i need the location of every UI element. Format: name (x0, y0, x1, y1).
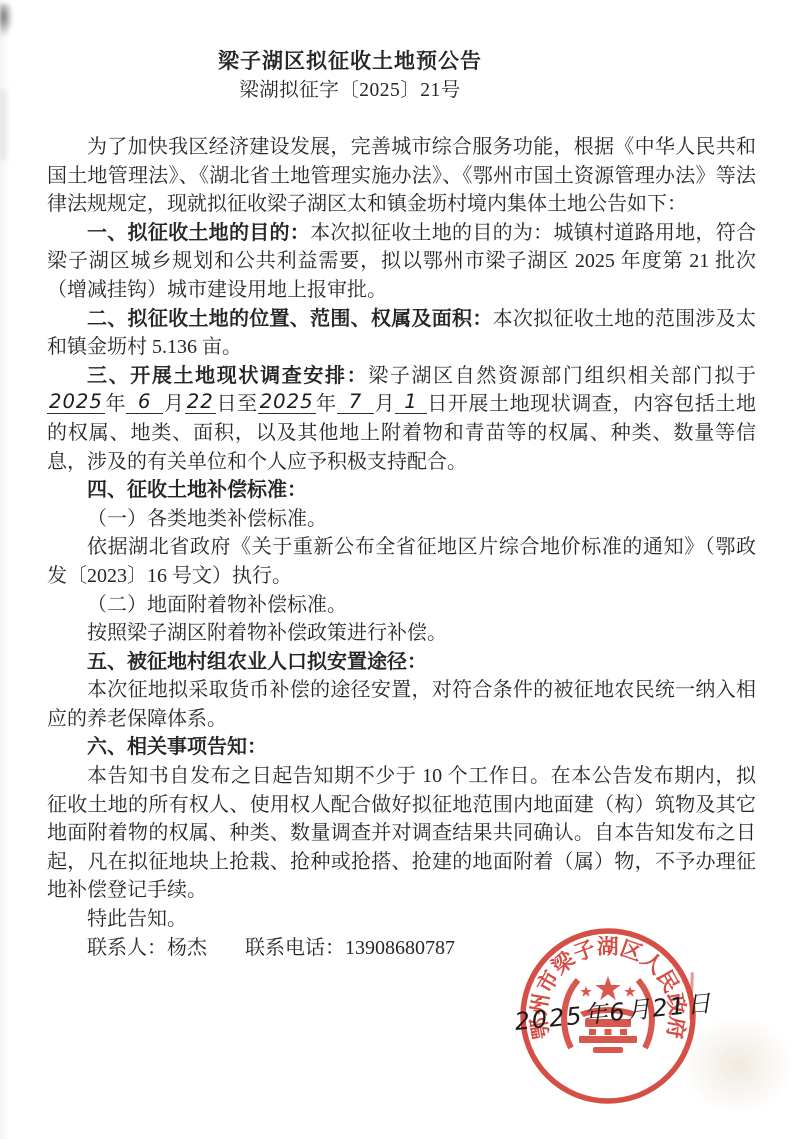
paragraph-sec5-resettle: 五、被征地村组农业人口拟安置途径： (47, 648, 756, 677)
paragraph-sec6-body: 本告知书自发布之日起告知期不少于 10 个工作日。在本公告发布期内，拟征收土地的… (47, 762, 756, 905)
text-run: 一、拟征收土地的目的： (87, 222, 310, 244)
text-run: 本次征地拟采取货币补偿的途径安置，对符合条件的被征地农民统一纳入相应的养老保障体… (47, 679, 756, 730)
text-run: 梁子湖区自然资源部门组织相关部门拟于 (368, 365, 756, 387)
doc-number: 梁湖拟征字〔2025〕21号 (0, 76, 750, 106)
text-run: 月 (163, 393, 184, 415)
text-run: 联系人：杨杰 (87, 937, 207, 959)
paragraph-intro: 为了加快我区经济建设发展，完善城市综合服务功能，根据《中华人民共和国土地管理法》… (47, 133, 756, 219)
doc-title: 梁子湖区拟征收土地预公告 (0, 46, 750, 76)
text-run: 依据湖北省政府《关于重新公布全省征地区片综合地价标准的通知》（鄂政发〔2023〕… (47, 536, 756, 587)
text-run: 年 (316, 393, 337, 415)
paragraph-sec2-scope: 二、拟征收土地的位置、范围、权属及面积：本次拟征收土地的范围涉及太和镇金坜村 5… (47, 305, 756, 362)
handwritten-fill: 1 (395, 391, 426, 414)
paragraph-sec4-item1: （一）各类地类补偿标准。 (47, 505, 756, 534)
text-run: （二）地面附着物补偿标准。 (87, 594, 347, 616)
text-run: 为了加快我区经济建设发展，完善城市综合服务功能，根据《中华人民共和国土地管理法》… (47, 136, 756, 215)
paragraph-sec4-standard: 四、征收土地补偿标准： (47, 476, 756, 505)
handwritten-fill: 22 (185, 391, 216, 414)
doc-body: 为了加快我区经济建设发展，完善城市综合服务功能，根据《中华人民共和国土地管理法》… (0, 133, 800, 962)
handwritten-fill: 2025 (47, 391, 105, 414)
text-run: 联系电话：13908680787 (245, 937, 455, 959)
text-run: （一）各类地类补偿标准。 (87, 508, 327, 530)
text-run: 四、征收土地补偿标准： (87, 479, 307, 501)
paragraph-sec6-notice: 六、相关事项告知： (47, 733, 756, 762)
text-run: 特此告知。 (87, 908, 187, 930)
paper-water-stain (680, 1015, 795, 1115)
scan-smudge-left-edge (0, 90, 7, 160)
text-run: 月 (374, 393, 395, 415)
paragraph-sec4-item2-basis: 按照梁子湖区附着物补偿政策进行补偿。 (47, 619, 756, 648)
paragraph-sec3-survey: 三、开展土地现状调查安排：梁子湖区自然资源部门组织相关部门拟于2025年6月22… (47, 362, 756, 476)
text-run: 按照梁子湖区附着物补偿政策进行补偿。 (87, 622, 447, 644)
document-header: 梁子湖区拟征收土地预公告 梁湖拟征字〔2025〕21号 (0, 0, 750, 106)
text-run: 二、拟征收土地的位置、范围、权属及面积： (87, 308, 493, 330)
text-run: 年 (105, 393, 126, 415)
scan-smudge-top-left (0, 4, 13, 36)
paragraph-sec4-item1-basis: 依据湖北省政府《关于重新公布全省征地区片综合地价标准的通知》（鄂政发〔2023〕… (47, 533, 756, 590)
text-run: 本告知书自发布之日起告知期不少于 10 个工作日。在本公告发布期内，拟征收土地的… (47, 765, 756, 901)
handwritten-fill: 7 (337, 391, 374, 414)
text-run: 六、相关事项告知： (87, 736, 267, 758)
paragraph-sec4-item2: （二）地面附着物补偿标准。 (47, 591, 756, 620)
paragraph-sec5-body: 本次征地拟采取货币补偿的途径安置，对符合条件的被征地农民统一纳入相应的养老保障体… (47, 676, 756, 733)
handwritten-fill: 6 (126, 391, 163, 414)
handwritten-fill: 2025 (258, 391, 316, 414)
text-run: 五、被征地村组农业人口拟安置途径： (87, 651, 427, 673)
paragraph-sec1-purpose: 一、拟征收土地的目的：本次拟征收土地的目的为：城镇村道路用地，符合梁子湖区城乡规… (47, 219, 756, 305)
text-run: 日至 (216, 393, 258, 415)
document-page: 梁子湖区拟征收土地预公告 梁湖拟征字〔2025〕21号 为了加快我区经济建设发展… (0, 0, 800, 1139)
text-run: 三、开展土地现状调查安排： (87, 365, 368, 387)
